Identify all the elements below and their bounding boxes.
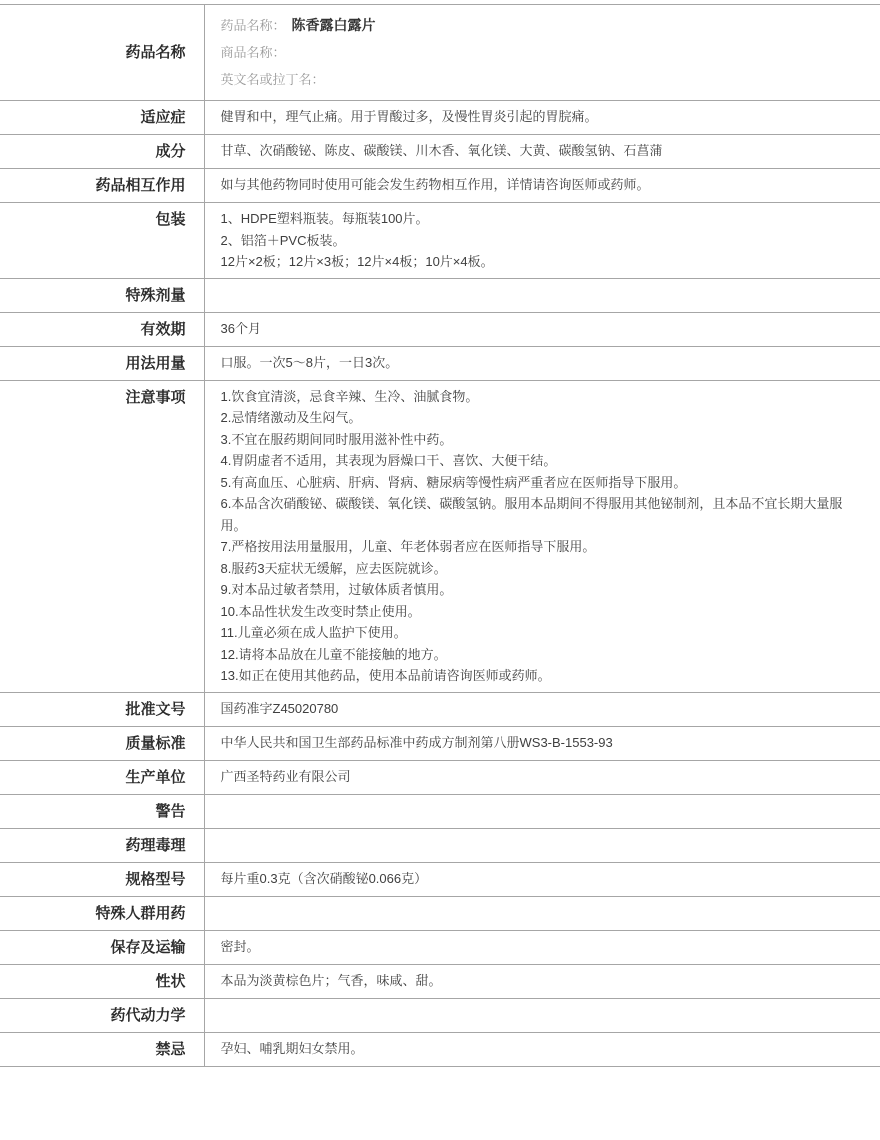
row-label: 药品相互作用 xyxy=(0,169,204,203)
row-content: 中华人民共和国卫生部药品标准中药成方制剂第八册WS3-B-1553-93 xyxy=(204,726,880,760)
field-label-drug-name: 药品名称： xyxy=(221,18,286,33)
row-content: 健胃和中，理气止痛。用于胃酸过多，及慢性胃炎引起的胃脘痛。 xyxy=(204,101,880,135)
content-line: 如与其他药物同时使用可能会发生药物相互作用，详情请咨询医师或药师。 xyxy=(221,174,857,196)
content-line: 健胃和中，理气止痛。用于胃酸过多，及慢性胃炎引起的胃脘痛。 xyxy=(221,106,857,128)
row-label: 成分 xyxy=(0,135,204,169)
content-line: 1.饮食宜清淡，忌食辛辣、生冷、油腻食物。 xyxy=(221,386,857,408)
row-label: 注意事项 xyxy=(0,380,204,692)
row-label: 药品名称 xyxy=(0,5,204,101)
content-line: 9.对本品过敏者禁用，过敏体质者慎用。 xyxy=(221,579,857,601)
row-content: 每片重0.3克（含次硝酸铋0.066克） xyxy=(204,862,880,896)
table-row: 性状本品为淡黄棕色片；气香，味咸、甜。 xyxy=(0,964,880,998)
row-label: 规格型号 xyxy=(0,862,204,896)
row-content: 密封。 xyxy=(204,930,880,964)
table-row: 药理毒理 xyxy=(0,828,880,862)
content-line: 10.本品性状发生改变时禁止使用。 xyxy=(221,601,857,623)
row-content: 36个月 xyxy=(204,312,880,346)
drug-name-value: 陈香露白露片 xyxy=(292,17,376,33)
row-content xyxy=(204,998,880,1032)
content-line: 8.服药3天症状无缓解，应去医院就诊。 xyxy=(221,558,857,580)
row-content: 药品名称：陈香露白露片 商品名称： 英文名或拉丁名： xyxy=(204,5,880,101)
content-line: 36个月 xyxy=(221,318,857,340)
table-row: 用法用量口服。一次5～8片，一日3次。 xyxy=(0,346,880,380)
row-label: 药代动力学 xyxy=(0,998,204,1032)
row-label: 质量标准 xyxy=(0,726,204,760)
row-label: 保存及运输 xyxy=(0,930,204,964)
content-line: 11.儿童必须在成人监护下使用。 xyxy=(221,622,857,644)
row-content xyxy=(204,794,880,828)
table-row: 保存及运输密封。 xyxy=(0,930,880,964)
field-label-english-name: 英文名或拉丁名： xyxy=(221,72,325,87)
table-row: 特殊人群用药 xyxy=(0,896,880,930)
row-label: 性状 xyxy=(0,964,204,998)
drug-info-rows: 药品名称 药品名称：陈香露白露片 商品名称： 英文名或拉丁名： 适应症健胃和中，… xyxy=(0,5,880,1067)
table-row: 包装1、HDPE塑料瓶装。每瓶装100片。2、铝箔＋PVC板装。12片×2板；1… xyxy=(0,203,880,279)
content-line: 广西圣特药业有限公司 xyxy=(221,766,857,788)
row-label: 用法用量 xyxy=(0,346,204,380)
table-row: 适应症健胃和中，理气止痛。用于胃酸过多，及慢性胃炎引起的胃脘痛。 xyxy=(0,101,880,135)
content-line: 5.有高血压、心脏病、肝病、肾病、糖尿病等慢性病严重者应在医师指导下服用。 xyxy=(221,472,857,494)
row-content xyxy=(204,278,880,312)
content-line: 12.请将本品放在儿童不能接触的地方。 xyxy=(221,644,857,666)
table-row-drug-name: 药品名称 药品名称：陈香露白露片 商品名称： 英文名或拉丁名： xyxy=(0,5,880,101)
content-line: 中华人民共和国卫生部药品标准中药成方制剂第八册WS3-B-1553-93 xyxy=(221,732,857,754)
table-row: 生产单位广西圣特药业有限公司 xyxy=(0,760,880,794)
content-line: 每片重0.3克（含次硝酸铋0.066克） xyxy=(221,868,857,890)
content-line: 4.胃阴虚者不适用，其表现为唇燥口干、喜饮、大便干结。 xyxy=(221,450,857,472)
table-row: 批准文号国药准字Z45020780 xyxy=(0,692,880,726)
table-row: 规格型号每片重0.3克（含次硝酸铋0.066克） xyxy=(0,862,880,896)
row-content: 本品为淡黄棕色片；气香，味咸、甜。 xyxy=(204,964,880,998)
content-line: 本品为淡黄棕色片；气香，味咸、甜。 xyxy=(221,970,857,992)
row-label: 药理毒理 xyxy=(0,828,204,862)
content-line: 国药准字Z45020780 xyxy=(221,698,857,720)
english-name-line: 英文名或拉丁名： xyxy=(221,66,857,93)
content-line: 12片×2板；12片×3板；12片×4板；10片×4板。 xyxy=(221,251,857,273)
content-line: 口服。一次5～8片，一日3次。 xyxy=(221,352,857,374)
table-row: 药代动力学 xyxy=(0,998,880,1032)
content-line: 1、HDPE塑料瓶装。每瓶装100片。 xyxy=(221,208,857,230)
row-content: 孕妇、哺乳期妇女禁用。 xyxy=(204,1032,880,1066)
content-line: 13.如正在使用其他药品，使用本品前请咨询医师或药师。 xyxy=(221,665,857,687)
row-content: 国药准字Z45020780 xyxy=(204,692,880,726)
row-label: 特殊人群用药 xyxy=(0,896,204,930)
content-line: 2.忌情绪激动及生闷气。 xyxy=(221,407,857,429)
content-line: 孕妇、哺乳期妇女禁用。 xyxy=(221,1038,857,1060)
table-row: 药品相互作用如与其他药物同时使用可能会发生药物相互作用，详情请咨询医师或药师。 xyxy=(0,169,880,203)
table-row: 特殊剂量 xyxy=(0,278,880,312)
row-label: 批准文号 xyxy=(0,692,204,726)
table-row: 注意事项1.饮食宜清淡，忌食辛辣、生冷、油腻食物。2.忌情绪激动及生闷气。3.不… xyxy=(0,380,880,692)
content-line: 6.本品含次硝酸铋、碳酸镁、氧化镁、碳酸氢钠。服用本品期间不得服用其他铋制剂，且… xyxy=(221,493,857,536)
content-line: 3.不宜在服药期间同时服用滋补性中药。 xyxy=(221,429,857,451)
row-label: 有效期 xyxy=(0,312,204,346)
content-line: 甘草、次硝酸铋、陈皮、碳酸镁、川木香、氧化镁、大黄、碳酸氢钠、石菖蒲 xyxy=(221,140,857,162)
row-label: 特殊剂量 xyxy=(0,278,204,312)
row-label: 包装 xyxy=(0,203,204,279)
trade-name-line: 商品名称： xyxy=(221,39,857,66)
row-content: 甘草、次硝酸铋、陈皮、碳酸镁、川木香、氧化镁、大黄、碳酸氢钠、石菖蒲 xyxy=(204,135,880,169)
table-row: 警告 xyxy=(0,794,880,828)
row-content: 广西圣特药业有限公司 xyxy=(204,760,880,794)
row-label: 适应症 xyxy=(0,101,204,135)
row-content: 1、HDPE塑料瓶装。每瓶装100片。2、铝箔＋PVC板装。12片×2板；12片… xyxy=(204,203,880,279)
row-content xyxy=(204,896,880,930)
row-label: 警告 xyxy=(0,794,204,828)
drug-info-table: 药品名称 药品名称：陈香露白露片 商品名称： 英文名或拉丁名： 适应症健胃和中，… xyxy=(0,4,880,1067)
field-label-trade-name: 商品名称： xyxy=(221,45,286,60)
row-label: 禁忌 xyxy=(0,1032,204,1066)
table-row: 成分甘草、次硝酸铋、陈皮、碳酸镁、川木香、氧化镁、大黄、碳酸氢钠、石菖蒲 xyxy=(0,135,880,169)
table-row: 质量标准中华人民共和国卫生部药品标准中药成方制剂第八册WS3-B-1553-93 xyxy=(0,726,880,760)
drug-name-line: 药品名称：陈香露白露片 xyxy=(221,12,857,39)
table-row: 有效期36个月 xyxy=(0,312,880,346)
row-label: 生产单位 xyxy=(0,760,204,794)
row-content: 1.饮食宜清淡，忌食辛辣、生冷、油腻食物。2.忌情绪激动及生闷气。3.不宜在服药… xyxy=(204,380,880,692)
content-line: 2、铝箔＋PVC板装。 xyxy=(221,230,857,252)
content-line: 密封。 xyxy=(221,936,857,958)
row-content: 口服。一次5～8片，一日3次。 xyxy=(204,346,880,380)
content-line: 7.严格按用法用量服用，儿童、年老体弱者应在医师指导下服用。 xyxy=(221,536,857,558)
row-content xyxy=(204,828,880,862)
table-row: 禁忌孕妇、哺乳期妇女禁用。 xyxy=(0,1032,880,1066)
row-content: 如与其他药物同时使用可能会发生药物相互作用，详情请咨询医师或药师。 xyxy=(204,169,880,203)
